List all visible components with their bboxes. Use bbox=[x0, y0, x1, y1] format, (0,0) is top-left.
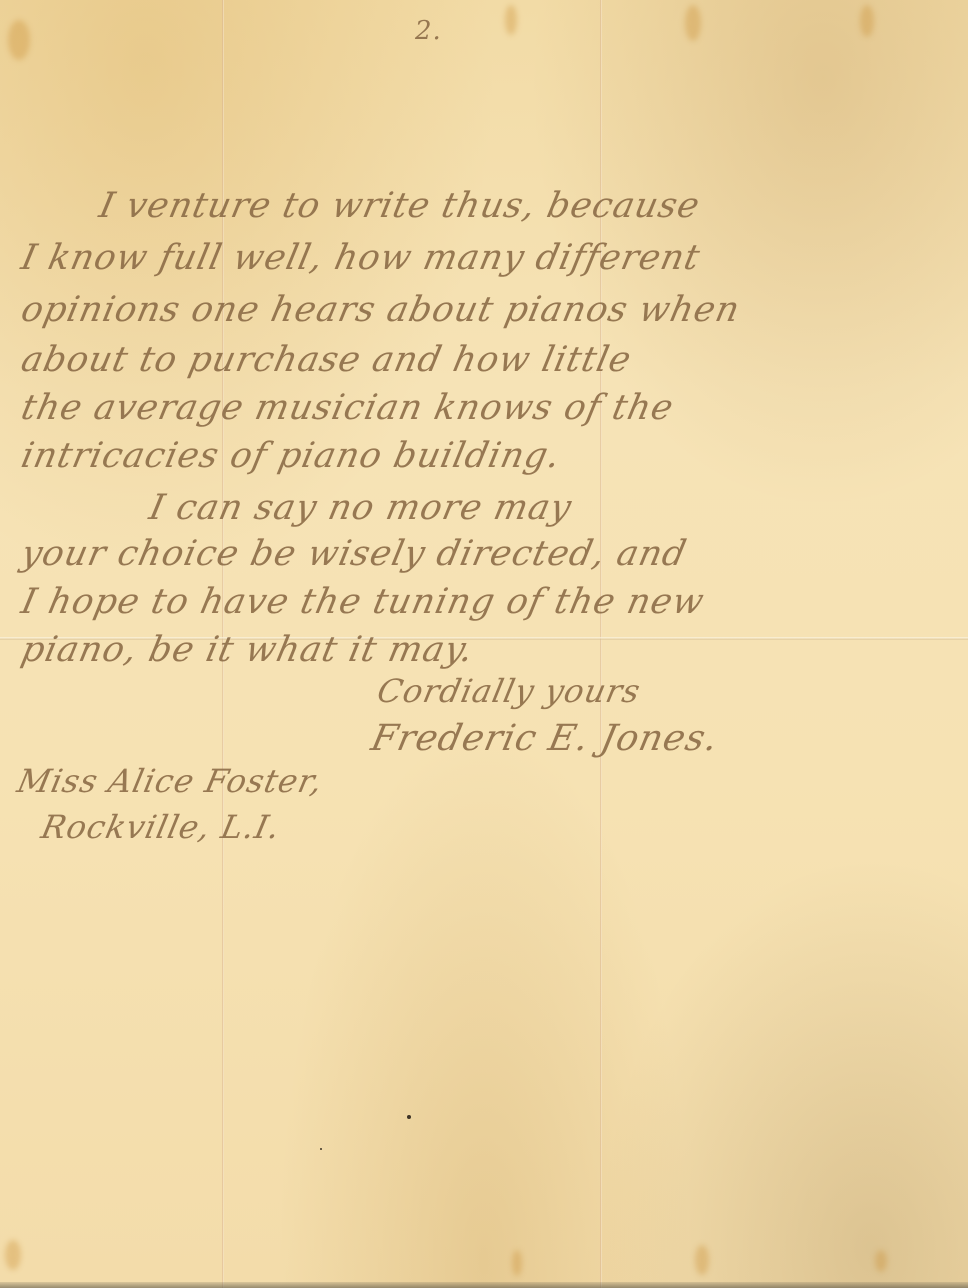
letter-line: your choice be wisely directed, and bbox=[18, 534, 691, 574]
letter-page: 2. I venture to write thus, because I kn… bbox=[0, 0, 968, 1288]
letter-line: piano, be it what it may. bbox=[18, 630, 478, 670]
recipient-location: Rockville, L.I. bbox=[38, 808, 284, 846]
letter-line: the average musician knows of the bbox=[18, 388, 678, 428]
ink-speck bbox=[407, 1115, 411, 1119]
ink-speck bbox=[320, 1148, 322, 1150]
paper-edge bbox=[0, 1282, 968, 1288]
page-number: 2. bbox=[415, 16, 442, 46]
letter-line: I hope to have the tuning of the new bbox=[18, 582, 708, 622]
letter-line: about to purchase and how little bbox=[18, 340, 635, 380]
age-stain bbox=[5, 1240, 21, 1270]
letter-line: I know full well, how many different bbox=[18, 238, 704, 278]
age-stain bbox=[695, 1245, 709, 1275]
closing: Cordially yours bbox=[374, 672, 644, 710]
age-stain bbox=[8, 20, 30, 60]
letter-line: intricacies of piano building. bbox=[18, 436, 565, 476]
letter-line: I can say no more may bbox=[146, 488, 576, 528]
age-stain bbox=[512, 1250, 522, 1276]
age-stain bbox=[875, 1250, 887, 1272]
age-stain bbox=[685, 5, 701, 41]
letter-line: opinions one hears about pianos when bbox=[18, 290, 744, 330]
letter-line: I venture to write thus, because bbox=[96, 186, 704, 226]
age-stain bbox=[505, 5, 517, 35]
recipient-name: Miss Alice Foster, bbox=[14, 762, 327, 800]
age-stain bbox=[860, 5, 874, 37]
signature: Frederic E. Jones. bbox=[368, 718, 723, 759]
